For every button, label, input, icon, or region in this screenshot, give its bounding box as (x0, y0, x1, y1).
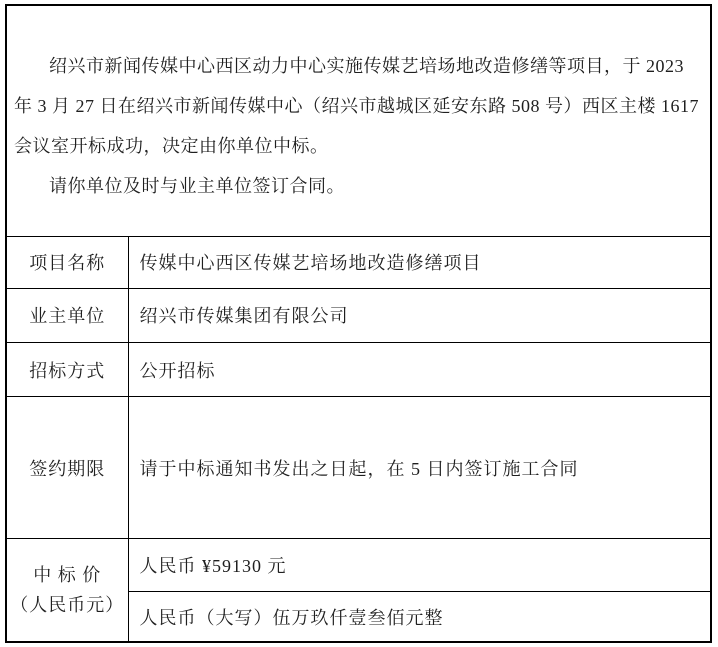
row-project-name: 项目名称 传媒中心西区传媒艺培场地改造修缮项目 (6, 236, 711, 288)
value-tender-method: 公开招标 (128, 343, 711, 397)
value-owner-unit: 绍兴市传媒集团有限公司 (128, 288, 711, 342)
value-project-name: 传媒中心西区传媒艺培场地改造修缮项目 (128, 236, 711, 288)
label-award-price: 中 标 价 （人民币元） (6, 539, 128, 642)
award-price-label-line2: （人民币元） (8, 590, 127, 620)
notice-document: 绍兴市新闻传媒中心西区动力中心实施传媒艺培场地改造修缮等项目，于 2023 年 … (5, 4, 712, 643)
label-signing-deadline: 签约期限 (6, 397, 128, 539)
intro-line-1: 绍兴市新闻传媒中心西区动力中心实施传媒艺培场地改造修缮等项目，于 2023 (14, 46, 704, 86)
value-signing-deadline: 请于中标通知书发出之日起，在 5 日内签订施工合同 (128, 397, 711, 539)
intro-line-2: 年 3 月 27 日在绍兴市新闻传媒中心（绍兴市越城区延安东路 508 号）西区… (14, 86, 704, 126)
label-project-name: 项目名称 (6, 236, 128, 288)
award-notice-table: 绍兴市新闻传媒中心西区动力中心实施传媒艺培场地改造修缮等项目，于 2023 年 … (5, 4, 712, 643)
award-price-label-line1: 中 标 价 (8, 560, 127, 590)
row-owner-unit: 业主单位 绍兴市传媒集团有限公司 (6, 288, 711, 342)
intro-paragraph: 绍兴市新闻传媒中心西区动力中心实施传媒艺培场地改造修缮等项目，于 2023 年 … (6, 5, 711, 236)
value-award-price-capital: 人民币（大写）伍万玖仟壹叁佰元整 (128, 592, 711, 642)
row-award-price: 中 标 价 （人民币元） 人民币 ¥59130 元 (6, 539, 711, 592)
row-tender-method: 招标方式 公开招标 (6, 343, 711, 397)
value-award-price-numeric: 人民币 ¥59130 元 (128, 539, 711, 592)
intro-line-3: 会议室开标成功，决定由你单位中标。 (14, 126, 704, 166)
intro-line-4: 请你单位及时与业主单位签订合同。 (14, 166, 704, 206)
row-signing-deadline: 签约期限 请于中标通知书发出之日起，在 5 日内签订施工合同 (6, 397, 711, 539)
label-tender-method: 招标方式 (6, 343, 128, 397)
label-owner-unit: 业主单位 (6, 288, 128, 342)
